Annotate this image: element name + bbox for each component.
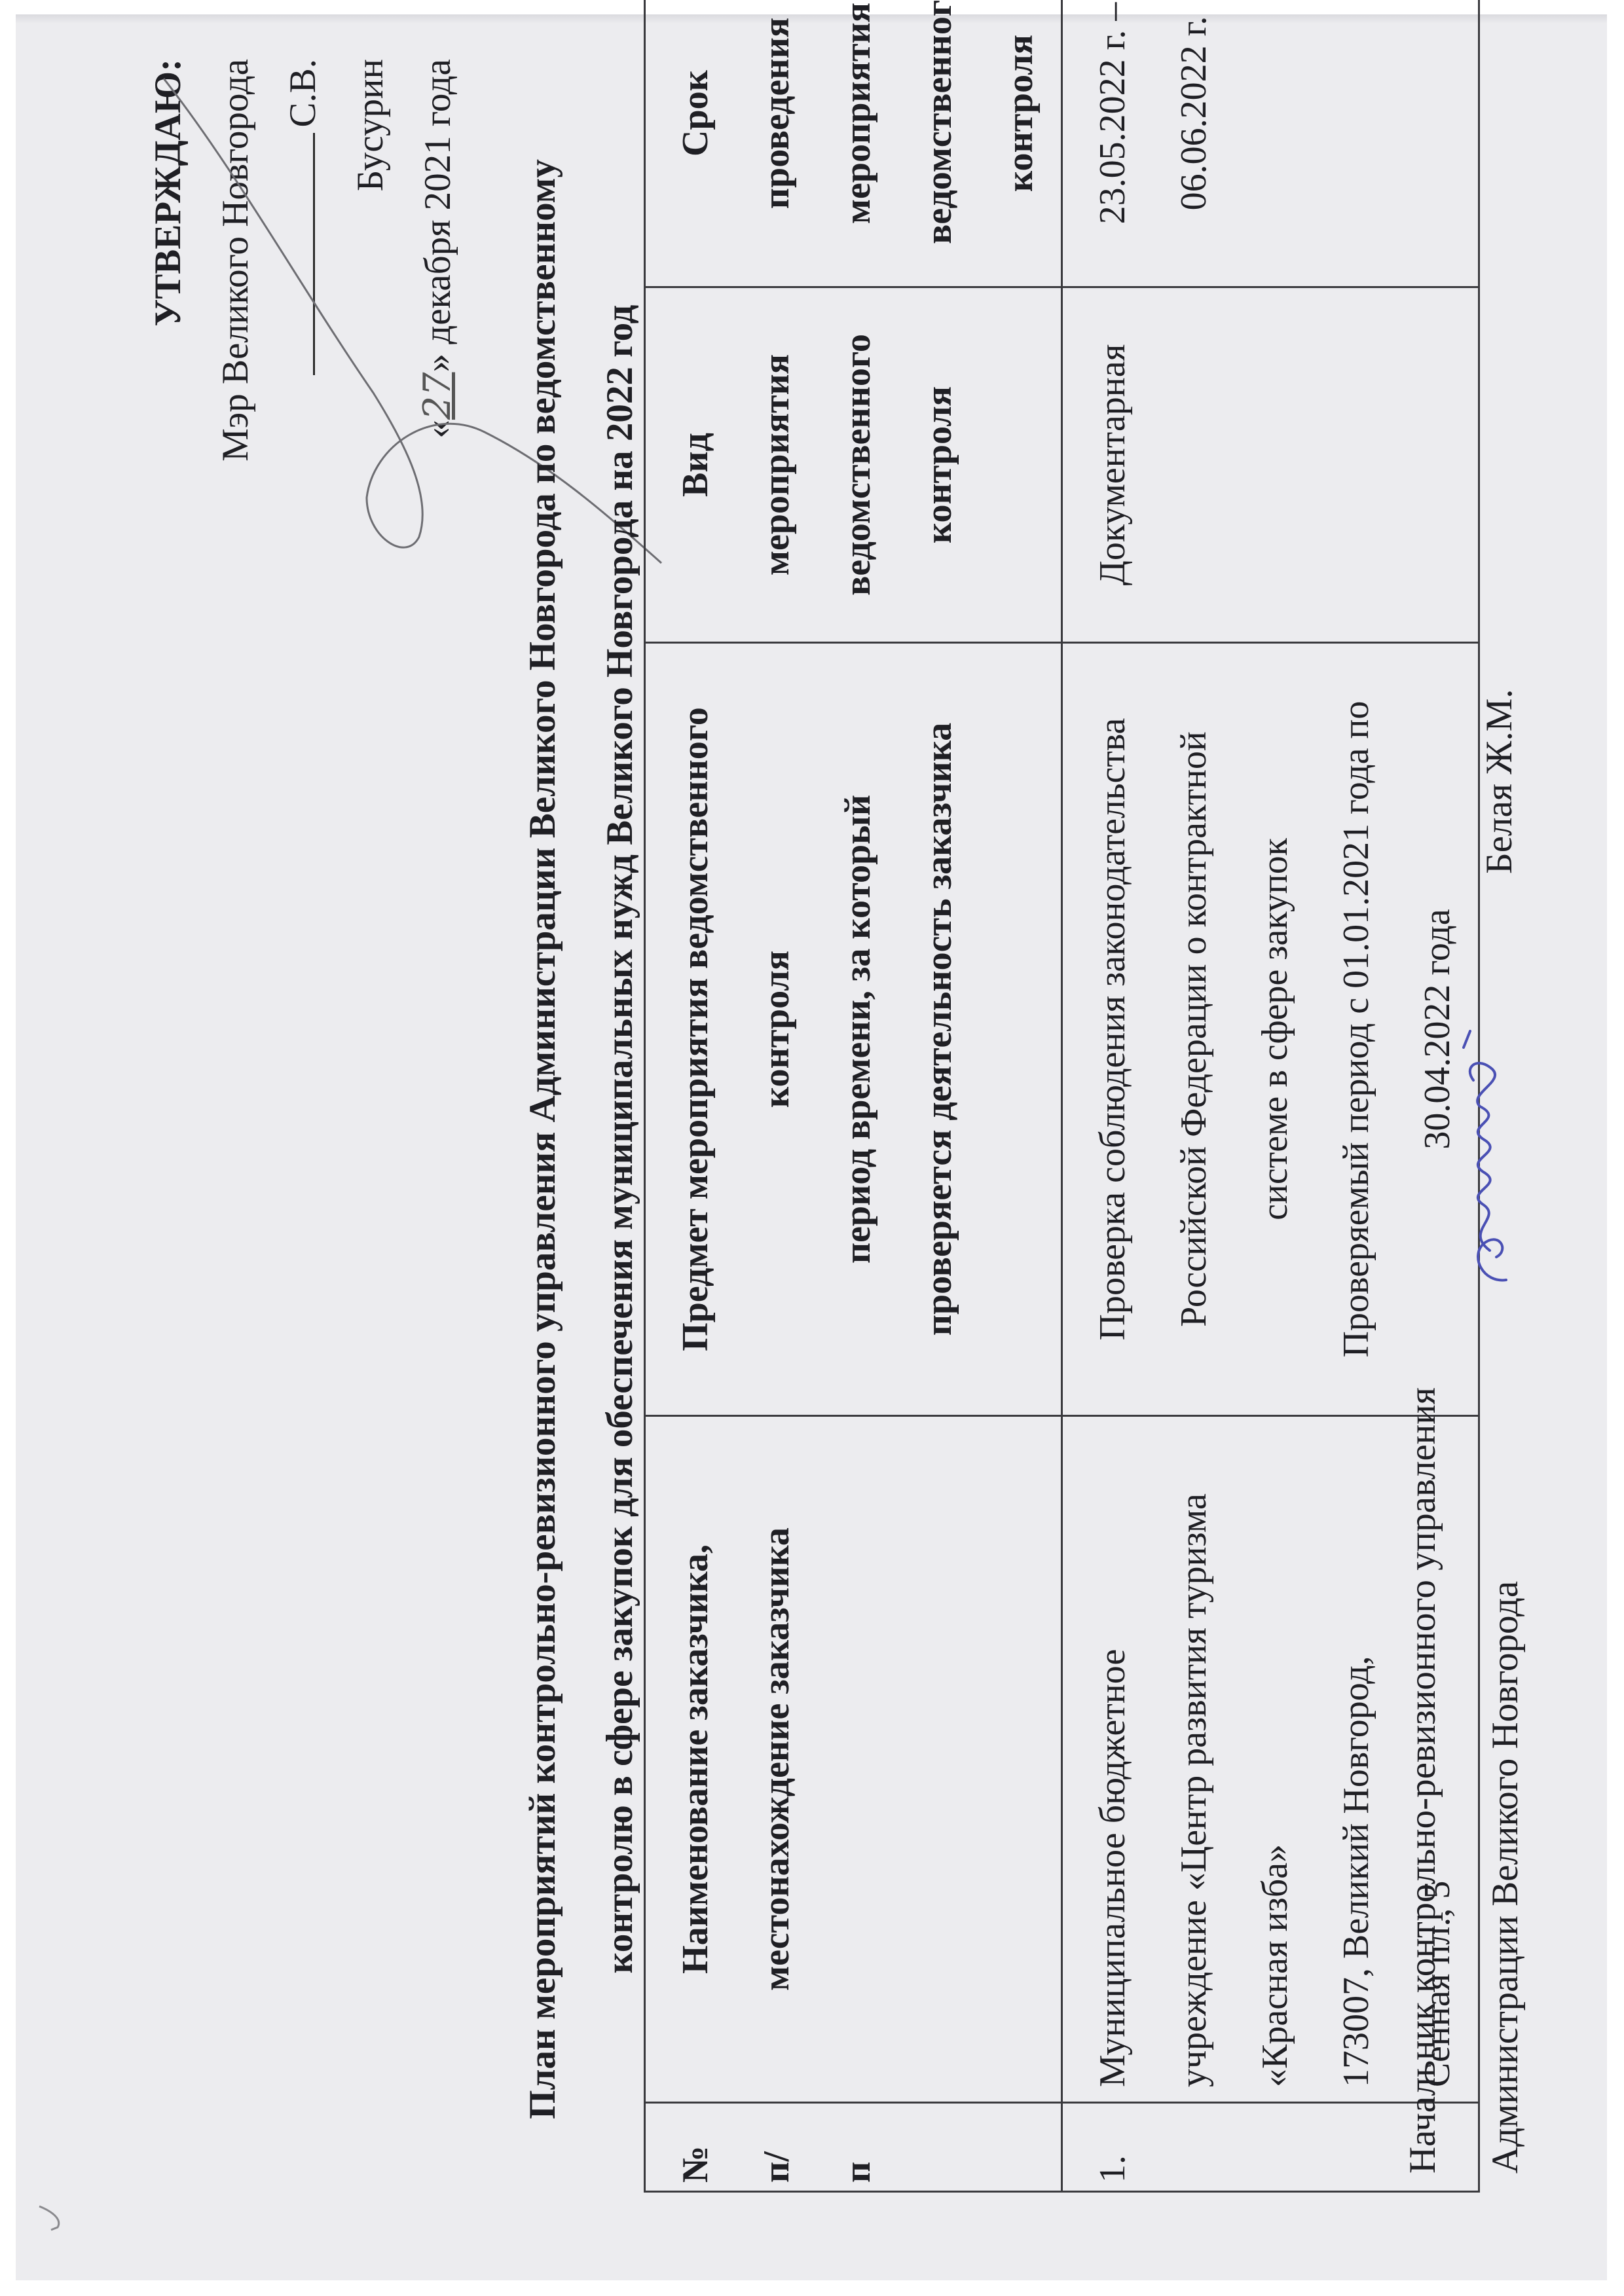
header-text: ведомственного	[817, 302, 898, 627]
header-text: контроля	[980, 0, 1061, 272]
header-kind: Вид мероприятия ведомственного контроля	[645, 287, 1062, 643]
date-close-quote: »	[417, 354, 458, 373]
cell-text: Проверка соблюдения законодательства	[1072, 658, 1153, 1400]
header-text: период времени, за который	[817, 658, 898, 1400]
header-text: контроля	[736, 658, 817, 1400]
signature-underline	[279, 133, 315, 375]
approval-header: УТВЕРЖДАЮ:	[134, 59, 202, 498]
footer-name: Белая Ж.М.	[1470, 665, 1529, 874]
header-text: п/	[736, 2106, 817, 2183]
header-text: мероприятия	[817, 0, 898, 272]
approval-date-day: 27	[416, 373, 459, 420]
footer-line-1: Начальник контрольно-ревизионного управл…	[1382, 668, 1464, 2174]
footer-signatory: Начальник контрольно-ревизионного управл…	[1382, 668, 1552, 2174]
cell-text: Муниципальное бюджетное	[1072, 1431, 1153, 2087]
footer-line-2: Администрации Великого Новгорода	[1464, 668, 1547, 2174]
cell-text: Документарная	[1072, 302, 1153, 627]
header-text: проверяется деятельность заказчика	[898, 658, 980, 1400]
cell-text: системе в сфере закупок	[1234, 658, 1316, 1400]
plan-table-wrap: № п/ п Наименование заказчика, местонахо…	[644, 76, 1333, 2193]
cell-text: 06.06.2022 г.	[1153, 0, 1234, 272]
header-text: п	[817, 2106, 898, 2183]
approval-position: Мэр Великого Новгорода	[202, 59, 269, 498]
date-open-quote: «	[417, 420, 458, 439]
header-text: проведения	[736, 0, 817, 272]
header-text: Предмет мероприятия ведомственного	[655, 658, 736, 1400]
cell-text: учреждение «Центр развития туризма	[1153, 1431, 1234, 2087]
cell-kind: Документарная	[1062, 287, 1479, 643]
table-header-row: № п/ п Наименование заказчика, местонахо…	[645, 0, 1062, 2192]
header-customer: Наименование заказчика, местонахождение …	[645, 1416, 1062, 2103]
header-text: Вид	[655, 302, 736, 627]
title-line-1: План мероприятий контрольно-ревизионного…	[504, 98, 581, 2180]
approval-signatory-line: С.В. Бусурин	[269, 59, 404, 498]
cell-text: Российской Федерации о контрактной	[1153, 658, 1234, 1400]
cell-text: 23.05.2022 г. –	[1072, 0, 1153, 272]
header-text: Наименование заказчика,	[655, 1431, 736, 2087]
header-text: мероприятия	[736, 302, 817, 627]
header-text: контроля	[898, 302, 980, 627]
cell-term: 23.05.2022 г. – 06.06.2022 г.	[1062, 0, 1479, 287]
header-text: Срок	[655, 0, 736, 272]
approval-block: УТВЕРЖДАЮ: Мэр Великого Новгорода С.В. Б…	[134, 52, 409, 498]
header-text: местонахождение заказчика	[736, 1431, 817, 2087]
cell-text: «Красная изба»	[1234, 1431, 1316, 2087]
approval-date: «27» декабря 2021 года	[404, 59, 471, 498]
header-text: ведомственного	[898, 0, 980, 272]
plan-table: № п/ п Наименование заказчика, местонахо…	[644, 0, 1480, 2193]
header-subject: Предмет мероприятия ведомственного контр…	[645, 643, 1062, 1416]
header-num: № п/ п	[645, 2103, 1062, 2192]
header-text: №	[655, 2106, 736, 2183]
header-term: Срок проведения мероприятия ведомственно…	[645, 0, 1062, 287]
approval-date-rest: декабря 2021 года	[417, 59, 458, 354]
